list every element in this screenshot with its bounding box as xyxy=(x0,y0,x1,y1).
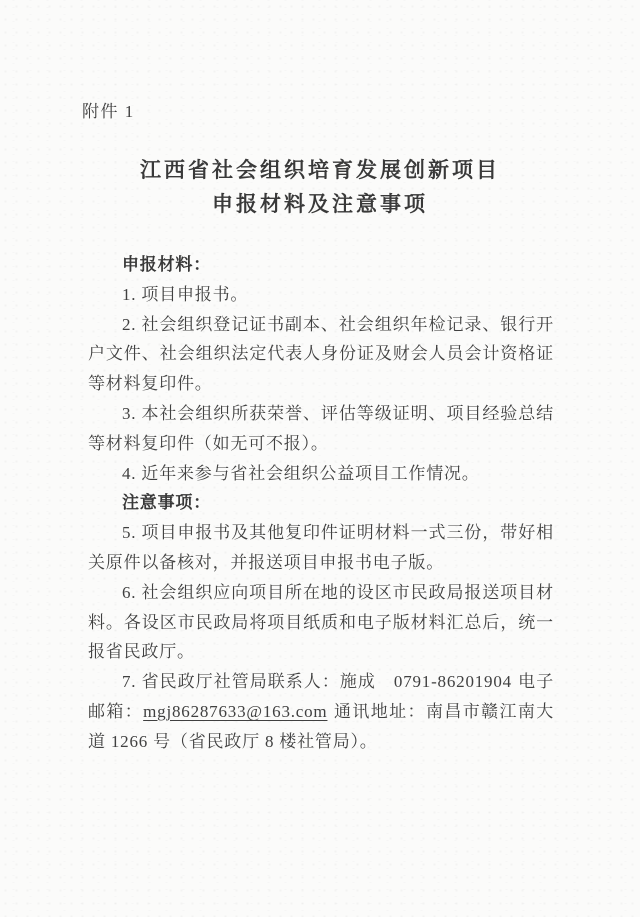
notes-section-heading: 注意事项： xyxy=(88,488,554,518)
materials-item-4: 4. 近年来参与省社会组织公益项目工作情况。 xyxy=(88,459,554,489)
contact-paragraph: 7. 省民政厅社管局联系人：施成0791-86201904电子邮箱：mgj862… xyxy=(88,667,554,756)
materials-item-1: 1. 项目申报书。 xyxy=(88,280,554,310)
email-address: mgj86287633@163.com xyxy=(143,702,327,721)
notes-item-5: 5. 项目申报书及其他复印件证明材料一式三份，带好相关原件以备核对，并报送项目申… xyxy=(88,518,554,578)
contact-phone: 0791-86201904 xyxy=(394,672,512,691)
materials-section-heading: 申报材料： xyxy=(88,250,554,280)
address-label: 通讯地址： xyxy=(333,702,425,721)
notes-item-6: 6. 社会组织应向项目所在地的设区市民政局报送项目材料。各设区市民政局将项目纸质… xyxy=(88,578,554,667)
contact-person: 施成 xyxy=(340,672,376,691)
materials-item-2: 2. 社会组织登记证书副本、社会组织年检记录、银行开户文件、社会组织法定代表人身… xyxy=(88,310,554,399)
title-line-1: 江西省社会组织培育发展创新项目 xyxy=(0,153,640,187)
materials-item-3: 3. 本社会组织所获荣誉、评估等级证明、项目经验总结等材料复印件（如无可不报）。 xyxy=(88,399,554,459)
title-line-2: 申报材料及注意事项 xyxy=(0,187,640,221)
attachment-label: 附件 1 xyxy=(82,97,135,122)
contact-label: 7. 省民政厅社管局联系人： xyxy=(122,672,340,691)
document-title: 江西省社会组织培育发展创新项目 申报材料及注意事项 xyxy=(0,153,640,221)
document-body: 申报材料： 1. 项目申报书。 2. 社会组织登记证书副本、社会组织年检记录、银… xyxy=(88,250,554,757)
